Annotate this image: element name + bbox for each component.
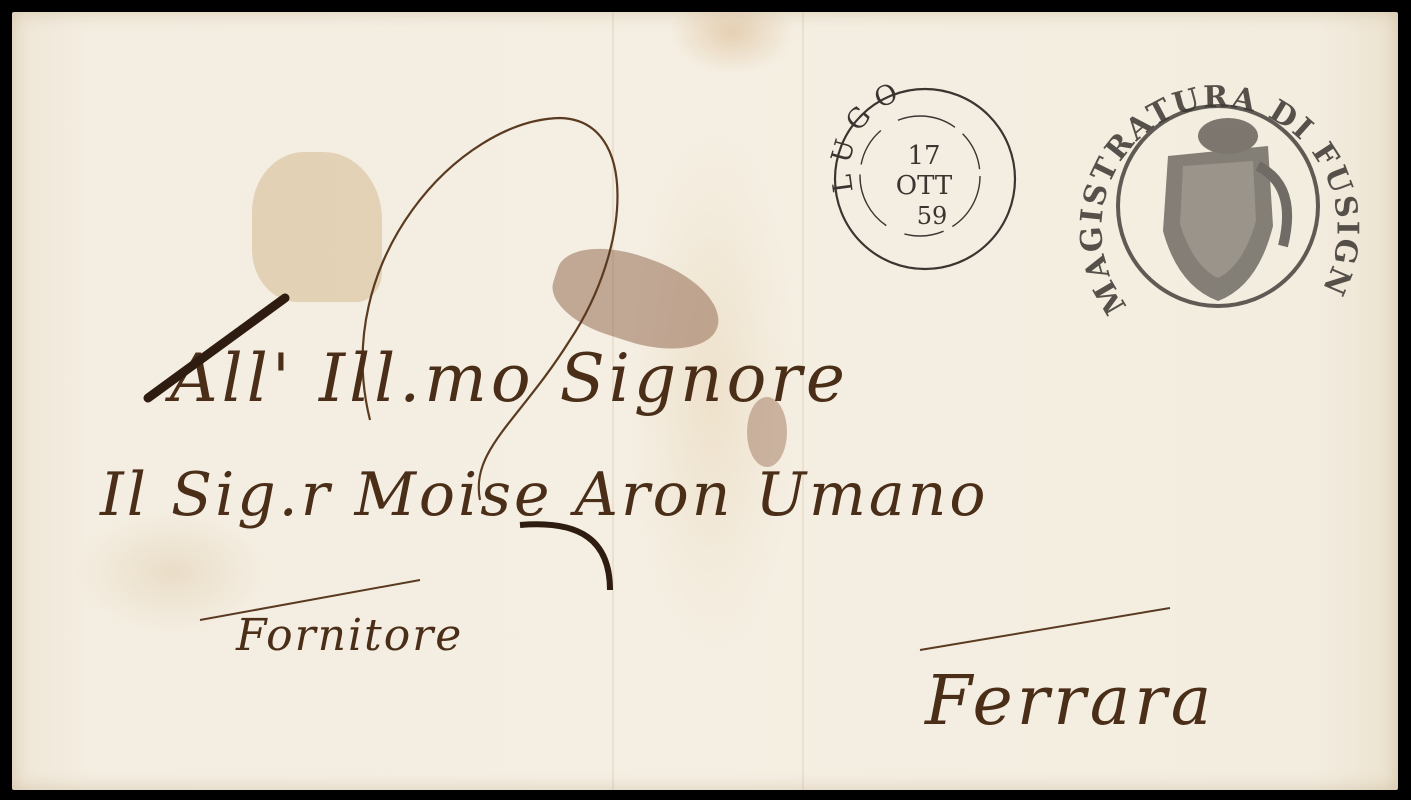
- pen-strokes: [0, 0, 1411, 800]
